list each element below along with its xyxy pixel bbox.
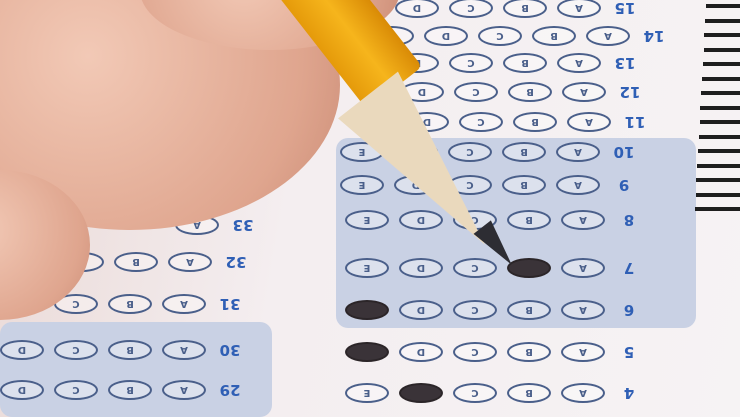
bubble-4-D[interactable]: D [399, 383, 443, 403]
question-number: 6 [615, 301, 643, 319]
question-row-13: 13ABCD [395, 53, 639, 73]
bubble-29-D[interactable]: D [0, 380, 44, 400]
question-number: 32 [222, 253, 250, 271]
bubble-6-C[interactable]: C [453, 300, 497, 320]
question-number: 14 [640, 27, 668, 45]
bubble-30-C[interactable]: C [54, 340, 98, 360]
bubble-6-B[interactable]: B [507, 300, 551, 320]
bubble-30-B[interactable]: B [108, 340, 152, 360]
timing-mark [702, 77, 740, 81]
bubble-11-B[interactable]: B [513, 112, 557, 132]
question-row-29: 29ABCD [0, 380, 244, 400]
timing-mark [701, 91, 740, 95]
bubble-10-A[interactable]: A [556, 142, 600, 162]
bubble-29-B[interactable]: B [108, 380, 152, 400]
bubble-4-C[interactable]: C [453, 383, 497, 403]
bubble-14-C[interactable]: C [478, 26, 522, 46]
bubble-5-C[interactable]: C [453, 342, 497, 362]
timing-mark [705, 19, 740, 23]
bubble-32-A[interactable]: A [168, 252, 212, 272]
bubble-12-B[interactable]: B [508, 82, 552, 102]
timing-mark [698, 149, 740, 153]
timing-mark [699, 135, 740, 139]
timing-mark [696, 193, 740, 197]
bubble-9-B[interactable]: B [502, 175, 546, 195]
bubble-4-A[interactable]: A [561, 383, 605, 403]
question-number: 33 [229, 216, 257, 234]
bubble-31-B[interactable]: B [108, 294, 152, 314]
bubble-14-D[interactable]: D [424, 26, 468, 46]
question-number: 12 [616, 83, 644, 101]
bubble-8-E[interactable]: E [345, 210, 389, 230]
timing-mark [704, 48, 740, 52]
timing-mark [695, 207, 740, 211]
bubble-9-A[interactable]: A [556, 175, 600, 195]
timing-mark [704, 33, 740, 37]
bubble-14-A[interactable]: A [586, 26, 630, 46]
question-number: 8 [615, 211, 643, 229]
question-number: 10 [610, 143, 638, 161]
bubble-7-E[interactable]: E [345, 258, 389, 278]
bubble-6-A[interactable]: A [561, 300, 605, 320]
bubble-4-B[interactable]: B [507, 383, 551, 403]
question-row-6: 6ABCDE [345, 300, 643, 320]
bubble-29-A[interactable]: A [162, 380, 206, 400]
question-number: 5 [615, 343, 643, 361]
question-number: 29 [216, 381, 244, 399]
bubble-10-B[interactable]: B [502, 142, 546, 162]
timing-mark [703, 62, 740, 66]
question-number: 11 [621, 113, 649, 131]
question-number: 9 [610, 176, 638, 194]
timing-mark [696, 178, 740, 182]
question-number: 4 [615, 384, 643, 402]
question-row-30: 30ABCD [0, 340, 244, 360]
answer-sheet-photo: 15ABCD14ABCDE13ABCD12ABCD11ABCD10ABCDE9A… [0, 0, 740, 417]
bubble-15-D[interactable]: D [395, 0, 439, 18]
shaded-block-29-30 [0, 322, 272, 417]
bubble-15-B[interactable]: B [503, 0, 547, 18]
bubble-12-A[interactable]: A [562, 82, 606, 102]
timing-mark [706, 4, 740, 8]
timing-mark [700, 106, 740, 110]
bubble-12-C[interactable]: C [454, 82, 498, 102]
bubble-30-D[interactable]: D [0, 340, 44, 360]
question-row-4: 4ABCDE [345, 383, 643, 403]
bubble-5-A[interactable]: A [561, 342, 605, 362]
bubble-6-E[interactable]: E [345, 300, 389, 320]
timing-mark [697, 164, 740, 168]
bubble-13-B[interactable]: B [503, 53, 547, 73]
question-number: 31 [216, 295, 244, 313]
question-number: 7 [615, 259, 643, 277]
bubble-15-C[interactable]: C [449, 0, 493, 18]
bubble-15-A[interactable]: A [557, 0, 601, 18]
bubble-5-E[interactable]: E [345, 342, 389, 362]
bubble-13-A[interactable]: A [557, 53, 601, 73]
question-row-12: 12ABCD [400, 82, 644, 102]
bubble-11-C[interactable]: C [459, 112, 503, 132]
bubble-9-E[interactable]: E [340, 175, 384, 195]
bubble-5-D[interactable]: D [399, 342, 443, 362]
bubble-8-A[interactable]: A [561, 210, 605, 230]
timing-marks [690, 0, 740, 417]
bubble-32-B[interactable]: B [114, 252, 158, 272]
question-row-5: 5ABCDE [345, 342, 643, 362]
bubble-31-A[interactable]: A [162, 294, 206, 314]
question-number: 15 [611, 0, 639, 17]
bubble-5-B[interactable]: B [507, 342, 551, 362]
question-row-15: 15ABCD [395, 0, 639, 18]
timing-mark [700, 120, 740, 124]
question-row-14: 14ABCDE [370, 26, 668, 46]
bubble-30-A[interactable]: A [162, 340, 206, 360]
bubble-11-A[interactable]: A [567, 112, 611, 132]
bubble-7-D[interactable]: D [399, 258, 443, 278]
bubble-4-E[interactable]: E [345, 383, 389, 403]
bubble-6-D[interactable]: D [399, 300, 443, 320]
bubble-29-C[interactable]: C [54, 380, 98, 400]
bubble-13-C[interactable]: C [449, 53, 493, 73]
question-number: 30 [216, 341, 244, 359]
bubble-7-A[interactable]: A [561, 258, 605, 278]
question-number: 13 [611, 54, 639, 72]
bubble-14-B[interactable]: B [532, 26, 576, 46]
